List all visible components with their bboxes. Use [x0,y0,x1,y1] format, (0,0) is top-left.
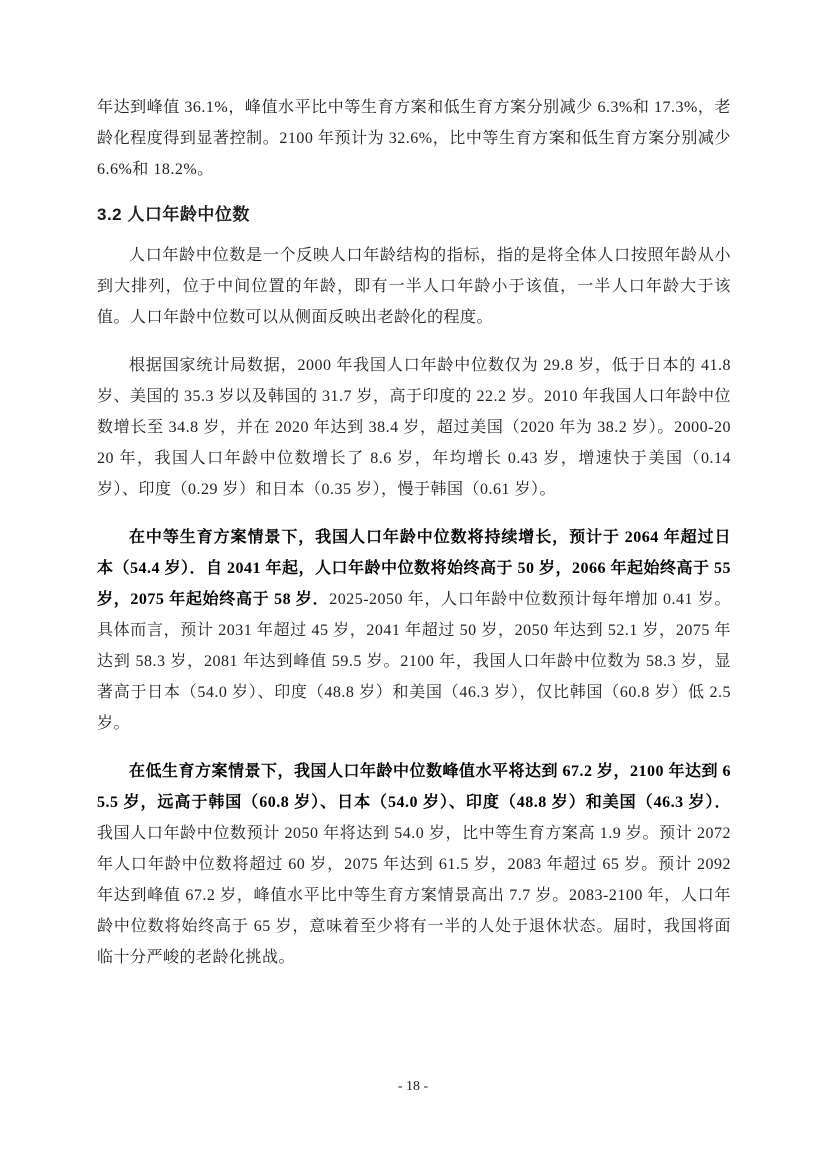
statistics-paragraph: 根据国家统计局数据，2000 年我国人口年龄中位数仅为 29.8 岁，低于日本的… [97,350,731,505]
low-fertility-rest: 我国人口年龄中位数预计 2050 年将达到 54.0 岁，比中等生育方案高 1.… [97,825,731,966]
page-number: - 18 - [0,1078,826,1096]
low-fertility-bold-lead: 在低生育方案情景下，我国人口年龄中位数峰值水平将达到 67.2 岁，2100 年… [97,763,731,811]
section-heading: 3.2 人口年龄中位数 [97,202,731,228]
page-content: 年达到峰值 36.1%，峰值水平比中等生育方案和低生育方案分别减少 6.3%和 … [97,92,731,990]
document-page: 年达到峰值 36.1%，峰值水平比中等生育方案和低生育方案分别减少 6.3%和 … [0,0,826,1169]
definition-paragraph: 人口年龄中位数是一个反映人口年龄结构的指标，指的是将全体人口按照年龄从小到大排列… [97,240,731,333]
continuation-paragraph: 年达到峰值 36.1%，峰值水平比中等生育方案和低生育方案分别减少 6.3%和 … [97,92,731,185]
low-fertility-paragraph: 在低生育方案情景下，我国人口年龄中位数峰值水平将达到 67.2 岁，2100 年… [97,756,731,973]
medium-fertility-rest: 2025-2050 年，人口年龄中位数预计每年增加 0.41 岁。具体而言，预计… [97,591,731,732]
medium-fertility-paragraph: 在中等生育方案情景下，我国人口年龄中位数将持续增长，预计于 2064 年超过日本… [97,522,731,739]
